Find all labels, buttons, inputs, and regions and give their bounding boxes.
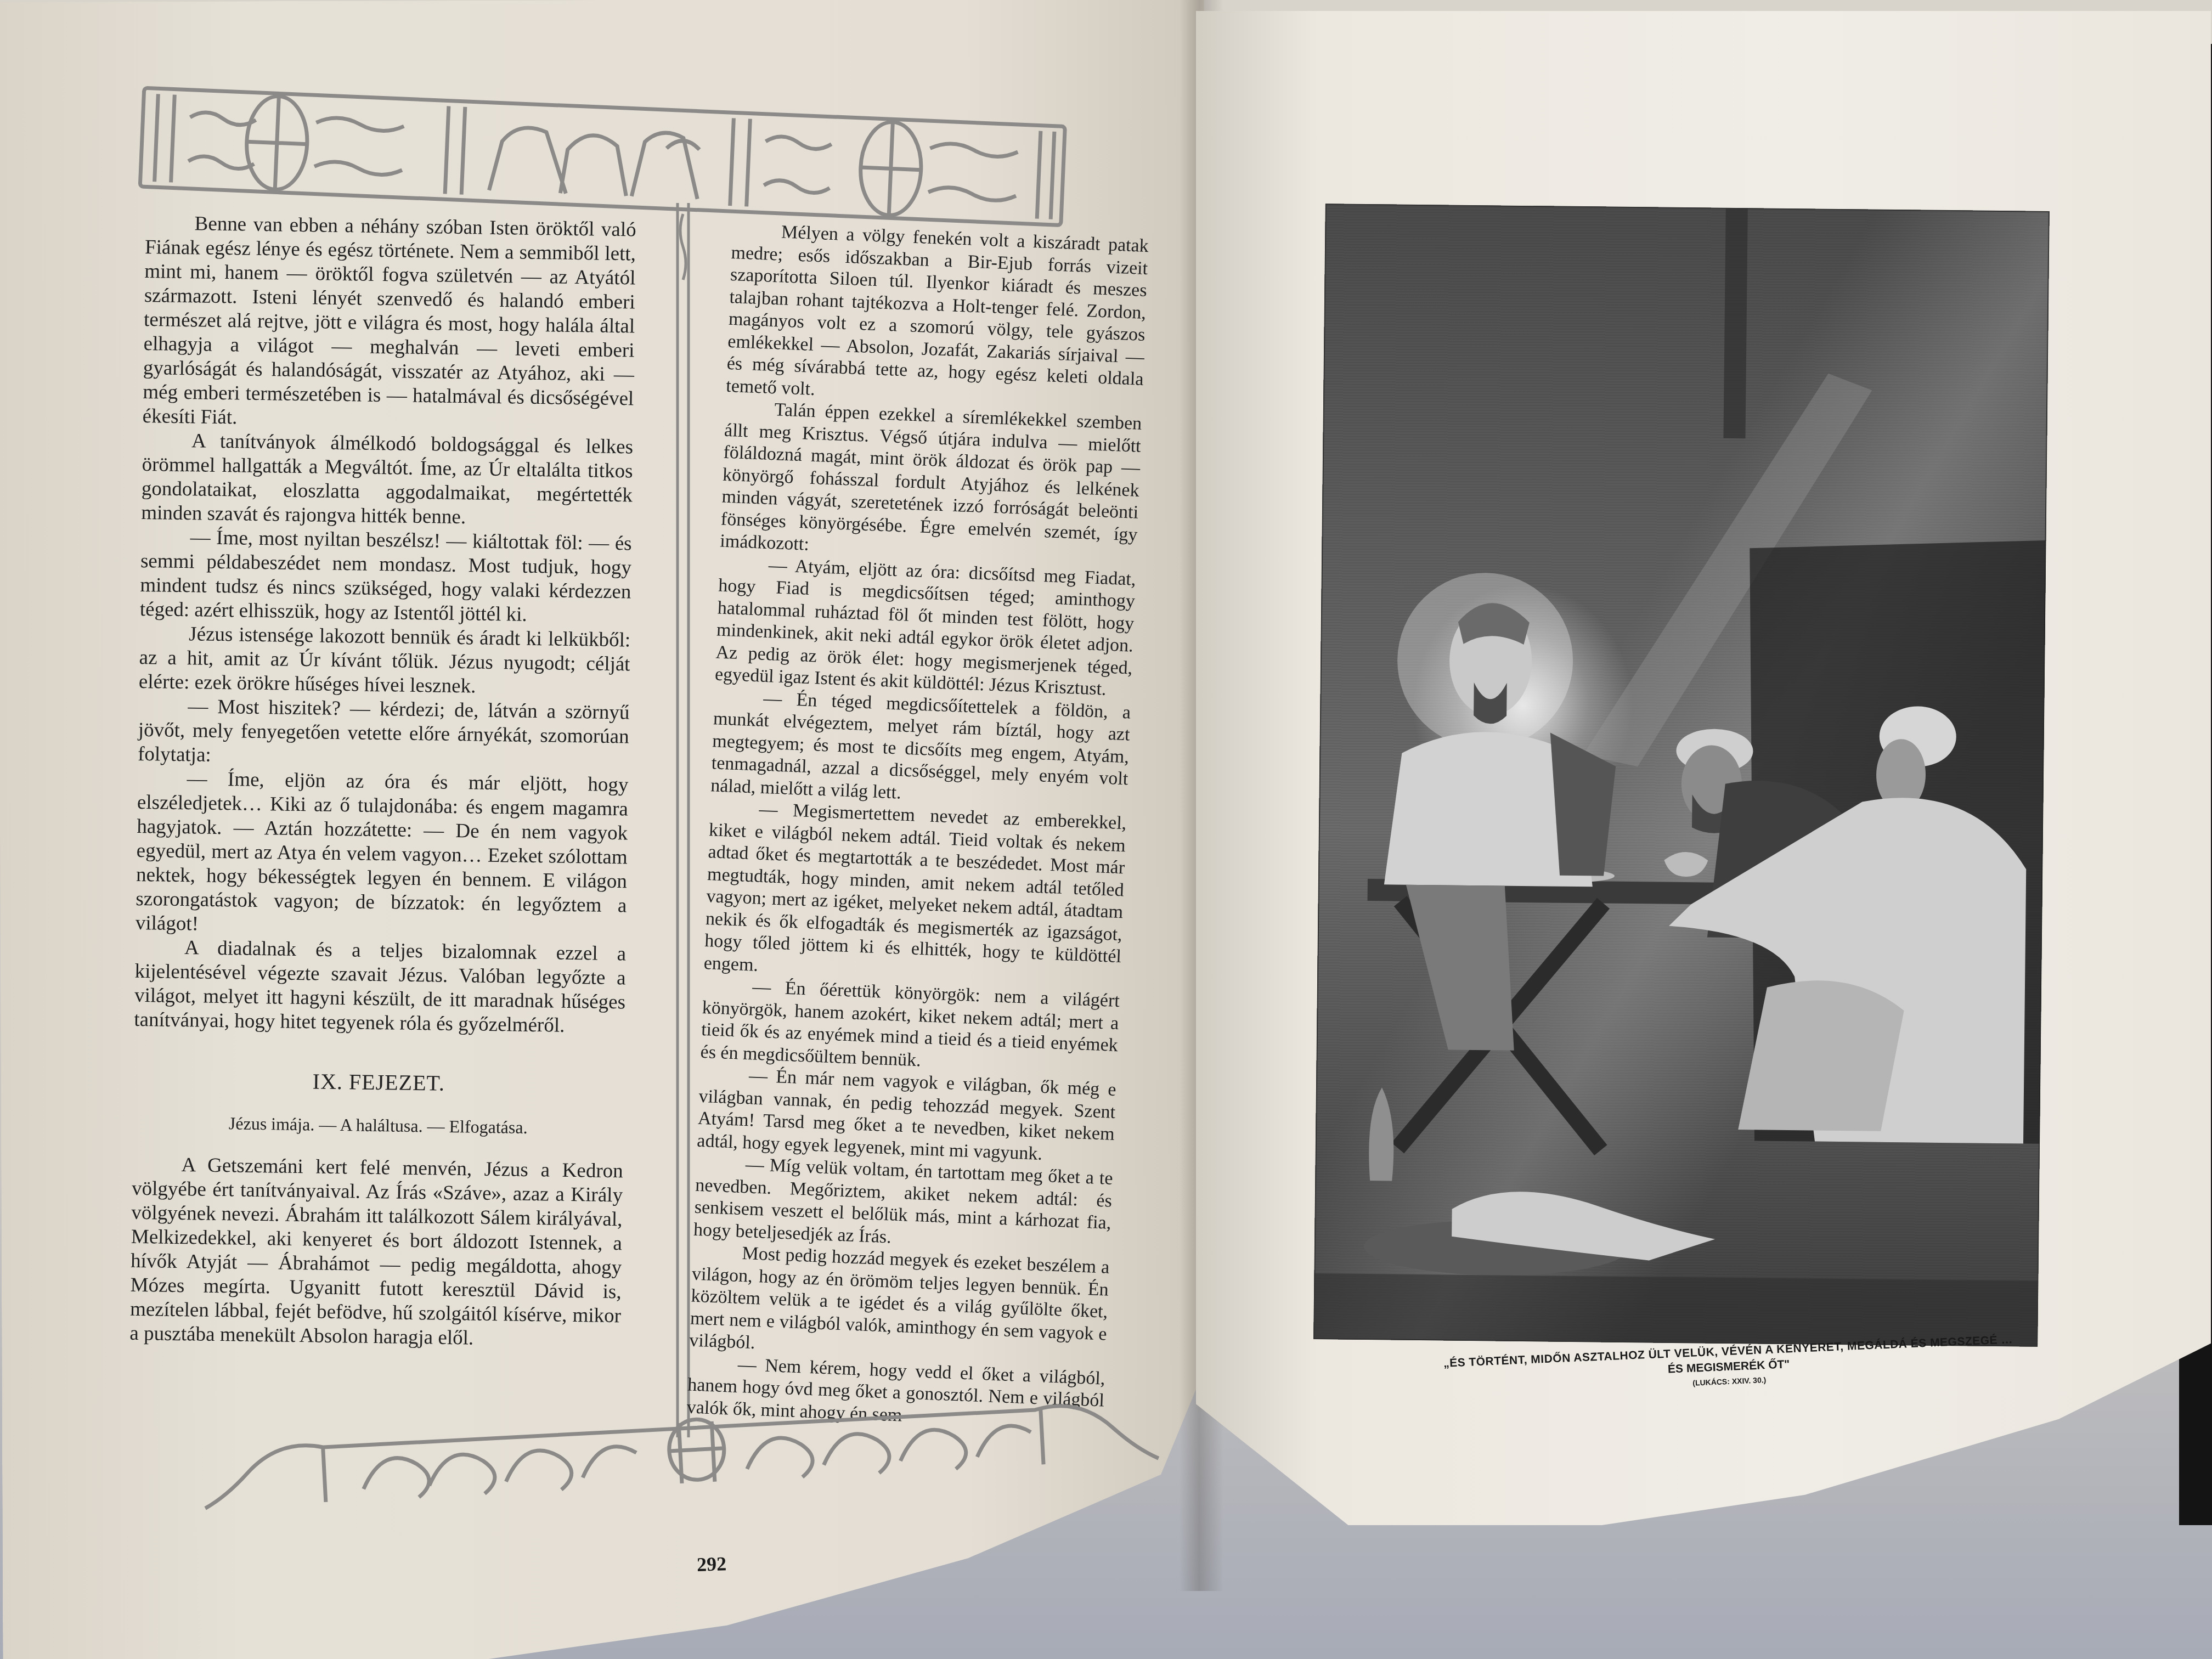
paragraph: Most pedig hozzád megyek és ezeket beszé… bbox=[689, 1241, 1110, 1368]
page-number: 292 bbox=[696, 1552, 726, 1576]
paragraph: Benne van ebben a néhány szóban Isten ör… bbox=[142, 211, 636, 435]
paragraph: — Én téged megdicsőítettelek a földön, a… bbox=[710, 686, 1131, 813]
paragraph: — Én őérettük könyörgök: nem a világért … bbox=[700, 974, 1120, 1079]
paragraph: Mélyen a völgy fenekén volt a kiszáradt … bbox=[726, 219, 1149, 413]
paragraph: A tanítványok álmélkodó boldogsággal és … bbox=[141, 428, 633, 532]
engraving-illustration bbox=[1313, 204, 2050, 1347]
paragraph: Talán éppen ezekkel a síremlékekkel szem… bbox=[720, 397, 1142, 568]
paragraph: — Én már nem vagyok e világban, ők még e… bbox=[697, 1063, 1117, 1168]
paragraph: — Most hiszitek? — kérdezi; de, látván a… bbox=[138, 694, 630, 773]
paragraph: — Atyám, eljött az óra: dicsőítsd meg Fi… bbox=[714, 552, 1136, 702]
right-text-column: Mélyen a völgy fenekén volt a kiszáradt … bbox=[686, 219, 1149, 1435]
paragraph: A Getszemáni kert felé menvén, Jézus a K… bbox=[129, 1153, 623, 1352]
left-text-column: Benne van ebben a néhány szóban Isten ör… bbox=[129, 211, 636, 1352]
paragraph: — Megismertettem nevedet az emberekkel, … bbox=[703, 797, 1127, 990]
open-book: Benne van ebben a néhány szóban Isten ör… bbox=[0, 0, 2212, 1659]
paragraph: A diadalnak és a teljes bizalomnak ezzel… bbox=[134, 935, 626, 1039]
paragraph: — Íme, eljön az óra és már eljött, hogy … bbox=[136, 766, 629, 942]
paragraph: — Íme, most nyiltan beszélsz! — kiáltott… bbox=[140, 525, 632, 628]
paragraph: — Míg velük voltam, én tartottam meg őke… bbox=[693, 1152, 1113, 1257]
chapter-subtitle: Jézus imája. — A haláltusa. — Elfogatása… bbox=[133, 1110, 624, 1141]
engraving-scene-icon bbox=[1313, 204, 2050, 1347]
column-divider-ornament bbox=[672, 203, 694, 1437]
chapter-title: IX. FEJEZET. bbox=[133, 1067, 625, 1098]
paragraph: Jézus istensége lakozott bennük és áradt… bbox=[139, 622, 631, 701]
